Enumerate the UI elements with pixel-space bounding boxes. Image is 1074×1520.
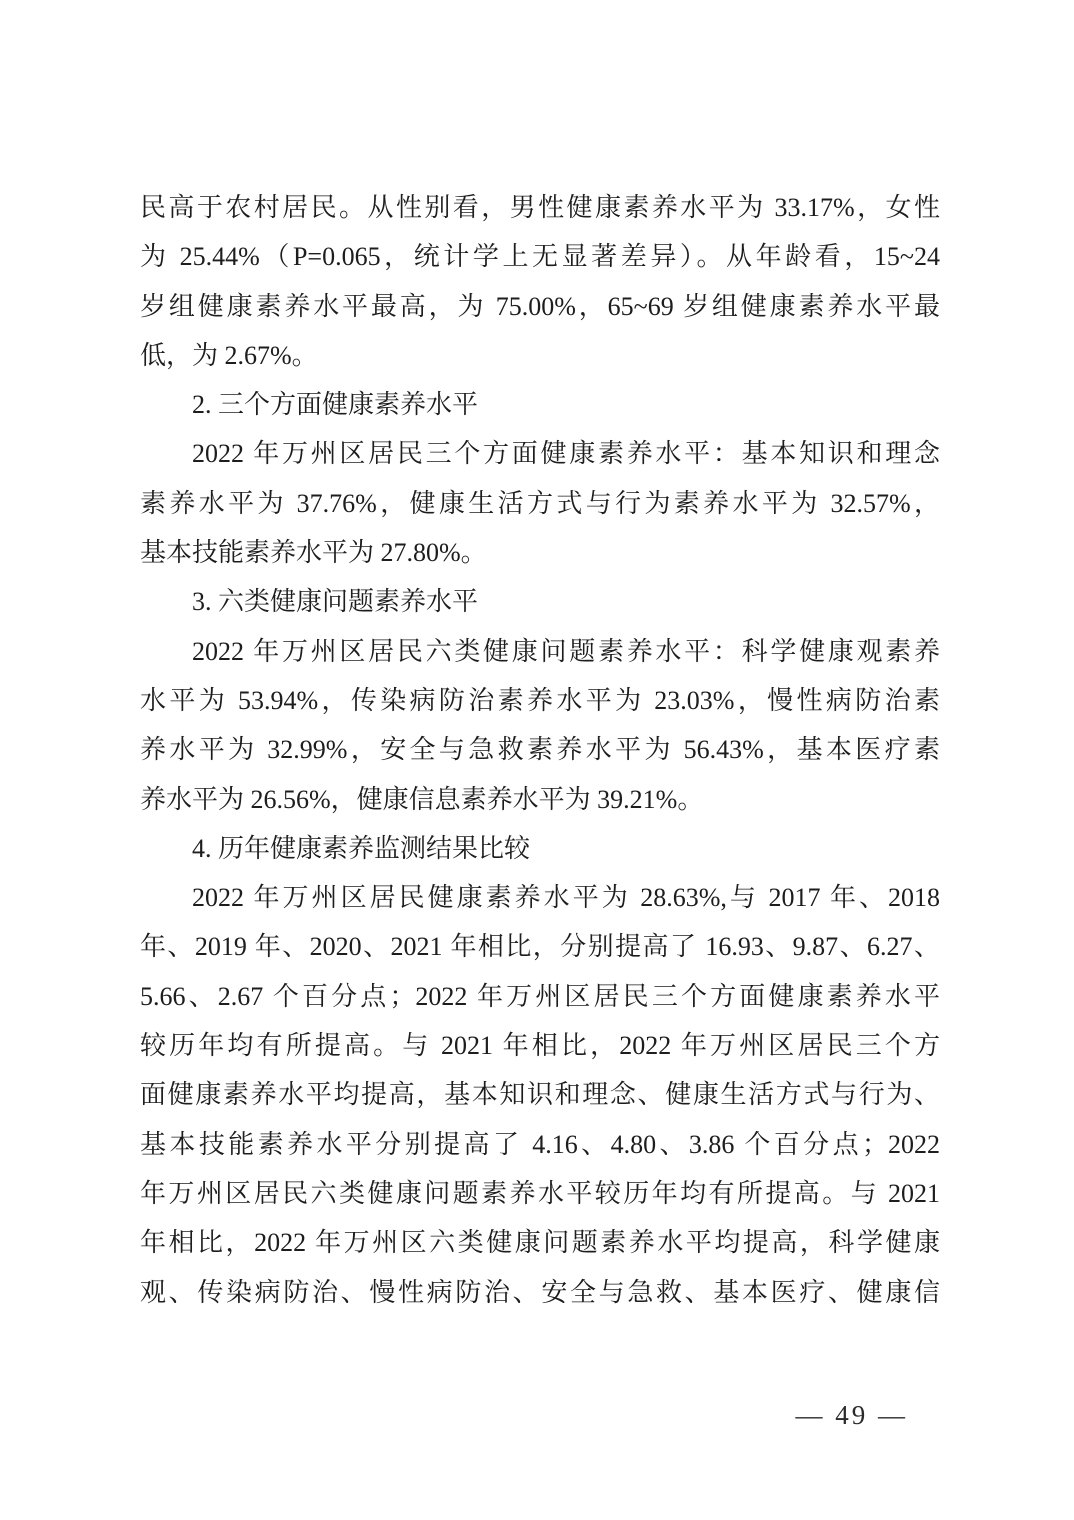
- heading-line: 3. 六类健康问题素养水平: [140, 577, 940, 626]
- page-footer: — 49 —: [796, 1398, 909, 1432]
- section-heading: 3. 六类健康问题素养水平: [140, 577, 940, 626]
- text-line: 年相比，2022 年万州区六类健康问题素养水平均提高，科学健康: [140, 1218, 940, 1267]
- text-line: 2022 年万州区居民六类健康问题素养水平：科学健康观素养: [140, 627, 940, 676]
- paragraph: 2022 年万州区居民三个方面健康素养水平：基本知识和理念素养水平为 37.76…: [140, 429, 940, 577]
- text-line: 岁组健康素养水平最高，为 75.00%，65~69 岁组健康素养水平最: [140, 282, 940, 331]
- document-body: 民高于农村居民。从性别看，男性健康素养水平为 33.17%，女性为 25.44%…: [140, 183, 940, 1317]
- text-line: 基本技能素养水平分别提高了 4.16、4.80、3.86 个百分点；2022: [140, 1120, 940, 1169]
- text-line: 较历年均有所提高。与 2021 年相比，2022 年万州区居民三个方: [140, 1021, 940, 1070]
- text-line: 为 25.44%（P=0.065，统计学上无显著差异）。从年龄看，15~24: [140, 232, 940, 281]
- heading-line: 2. 三个方面健康素养水平: [140, 380, 940, 429]
- text-line: 2022 年万州区居民健康素养水平为 28.63%,与 2017 年、2018: [140, 873, 940, 922]
- section-heading: 2. 三个方面健康素养水平: [140, 380, 940, 429]
- text-line: 2022 年万州区居民三个方面健康素养水平：基本知识和理念: [140, 429, 940, 478]
- text-line: 民高于农村居民。从性别看，男性健康素养水平为 33.17%，女性: [140, 183, 940, 232]
- text-line: 低，为 2.67%。: [140, 331, 940, 380]
- section-heading: 4. 历年健康素养监测结果比较: [140, 824, 940, 873]
- text-line: 水平为 53.94%，传染病防治素养水平为 23.03%，慢性病防治素: [140, 676, 940, 725]
- text-line: 养水平为 26.56%，健康信息素养水平为 39.21%。: [140, 775, 940, 824]
- paragraph: 民高于农村居民。从性别看，男性健康素养水平为 33.17%，女性为 25.44%…: [140, 183, 940, 380]
- text-line: 素养水平为 37.76%，健康生活方式与行为素养水平为 32.57%，: [140, 479, 940, 528]
- paragraph: 2022 年万州区居民六类健康问题素养水平：科学健康观素养水平为 53.94%，…: [140, 627, 940, 824]
- text-line: 面健康素养水平均提高，基本知识和理念、健康生活方式与行为、: [140, 1070, 940, 1119]
- paragraph: 2022 年万州区居民健康素养水平为 28.63%,与 2017 年、2018年…: [140, 873, 940, 1317]
- text-line: 观、传染病防治、慢性病防治、安全与急救、基本医疗、健康信: [140, 1268, 940, 1317]
- text-line: 年万州区居民六类健康问题素养水平较历年均有所提高。与 2021: [140, 1169, 940, 1218]
- text-line: 5.66、2.67 个百分点；2022 年万州区居民三个方面健康素养水平: [140, 972, 940, 1021]
- text-line: 养水平为 32.99%，安全与急救素养水平为 56.43%，基本医疗素: [140, 725, 940, 774]
- heading-line: 4. 历年健康素养监测结果比较: [140, 824, 940, 873]
- page-number: — 49 —: [796, 1400, 909, 1430]
- text-line: 年、2019 年、2020、2021 年相比，分别提高了 16.93、9.87、…: [140, 922, 940, 971]
- text-line: 基本技能素养水平为 27.80%。: [140, 528, 940, 577]
